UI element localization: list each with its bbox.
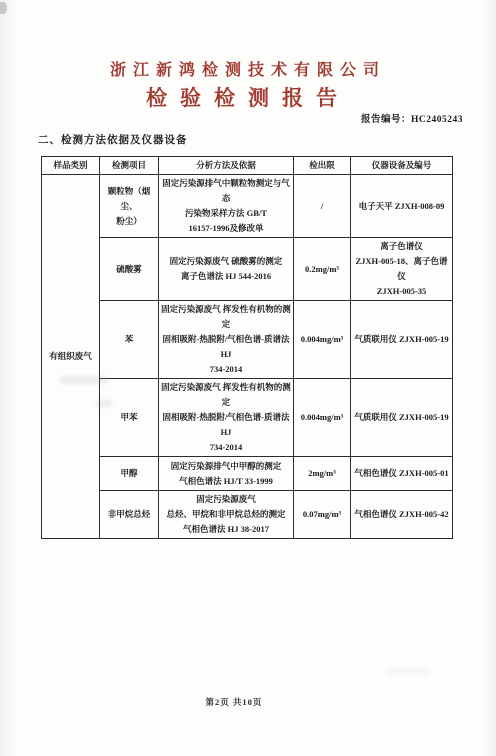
limit-cell: 2mg/m³ [294, 457, 351, 491]
col-header-detection-limit: 检出限 [294, 157, 351, 175]
limit-cell: 0.004mg/m³ [294, 301, 351, 379]
report-number-label: 报告编号： [361, 115, 411, 125]
scan-smudge [388, 668, 428, 674]
table-row: 甲醇 固定污染源排气中甲醇的测定 气相色谱法 HJ/T 33-1999 2mg/… [42, 457, 453, 491]
col-header-test-item: 检测项目 [100, 157, 159, 175]
method-cell: 固定污染源废气 挥发性有机物的测定 固相吸附-热脱附/气相色谱-质谱法 HJ 7… [159, 379, 294, 457]
report-page: 浙江新鸿检测技术有限公司 检验检测报告 报告编号：HC2405243 二、检测方… [0, 0, 496, 756]
report-title: 检验检测报告 [0, 82, 496, 112]
limit-cell: 0.07mg/m³ [294, 491, 351, 539]
company-name: 浙江新鸿检测技术有限公司 [0, 57, 496, 80]
test-item-cell: 苯 [100, 301, 159, 379]
limit-cell: 0.2mg/m³ [294, 238, 351, 301]
report-number-value: HC2405243 [411, 115, 463, 125]
instrument-cell: 气质联用仪 ZJXH-005-19 [351, 379, 453, 457]
limit-cell: / [294, 175, 351, 238]
instrument-cell: 离子色谱仪 ZJXH-005-18、离子色谱仪 ZJXH-005-35 [351, 238, 453, 301]
methods-instruments-table: 样品类别 检测项目 分析方法及依据 检出限 仪器设备及编号 有组织废气 颗粒物（… [41, 156, 453, 539]
table-row: 非甲烷总烃 固定污染源废气 总烃、甲烷和非甲烷总烃的测定 气相色谱法 HJ 38… [42, 491, 453, 539]
scan-corner-artifact [0, 2, 7, 14]
col-header-sample-category: 样品类别 [42, 157, 100, 175]
instrument-cell: 气质联用仪 ZJXH-005-19 [351, 301, 453, 379]
table-row: 苯 固定污染源废气 挥发性有机物的测定 固相吸附-热脱附/气相色谱-质谱法 HJ… [42, 301, 453, 379]
table-row: 有组织废气 颗粒物（烟尘、 粉尘） 固定污染源排气中颗粒物测定与气态 污染物采样… [42, 175, 453, 238]
test-item-cell: 硫酸雾 [100, 238, 159, 301]
sample-category-cell: 有组织废气 [42, 175, 100, 539]
method-cell: 固定污染源排气中甲醇的测定 气相色谱法 HJ/T 33-1999 [159, 457, 294, 491]
instrument-cell: 气相色谱仪 ZJXH-005-42 [351, 491, 453, 539]
scan-smudge [96, 400, 112, 407]
test-item-cell: 颗粒物（烟尘、 粉尘） [100, 175, 159, 238]
col-header-method-basis: 分析方法及依据 [159, 157, 294, 175]
method-cell: 固定污染源废气 挥发性有机物的测定 固相吸附-热脱附/气相色谱-质谱法 HJ 7… [159, 301, 294, 379]
limit-cell: 0.004mg/m³ [294, 379, 351, 457]
col-header-instrument: 仪器设备及编号 [351, 157, 453, 175]
scan-smudge [60, 376, 108, 384]
instrument-cell: 电子天平 ZJXH-008-09 [351, 175, 453, 238]
report-number: 报告编号：HC2405243 [361, 111, 463, 125]
instrument-cell: 气相色谱仪 ZJXH-005-01 [351, 457, 453, 491]
table-row: 甲苯 固定污染源废气 挥发性有机物的测定 固相吸附-热脱附/气相色谱-质谱法 H… [42, 379, 453, 457]
method-cell: 固定污染源废气 硫酸雾的测定 离子色谱法 HJ 544-2016 [159, 238, 294, 301]
method-cell: 固定污染源排气中颗粒物测定与气态 污染物采样方法 GB/T 16157-1996… [159, 175, 294, 238]
section-heading: 二、检测方法依据及仪器设备 [38, 132, 188, 147]
test-item-cell: 甲苯 [100, 379, 159, 457]
method-cell: 固定污染源废气 总烃、甲烷和非甲烷总烃的测定 气相色谱法 HJ 38-2017 [159, 491, 294, 539]
test-item-cell: 甲醇 [100, 457, 159, 491]
table-header-row: 样品类别 检测项目 分析方法及依据 检出限 仪器设备及编号 [42, 157, 453, 175]
page-number: 第2页 共10页 [0, 696, 482, 708]
table-row: 硫酸雾 固定污染源废气 硫酸雾的测定 离子色谱法 HJ 544-2016 0.2… [42, 238, 453, 301]
test-item-cell: 非甲烷总烃 [100, 491, 159, 539]
